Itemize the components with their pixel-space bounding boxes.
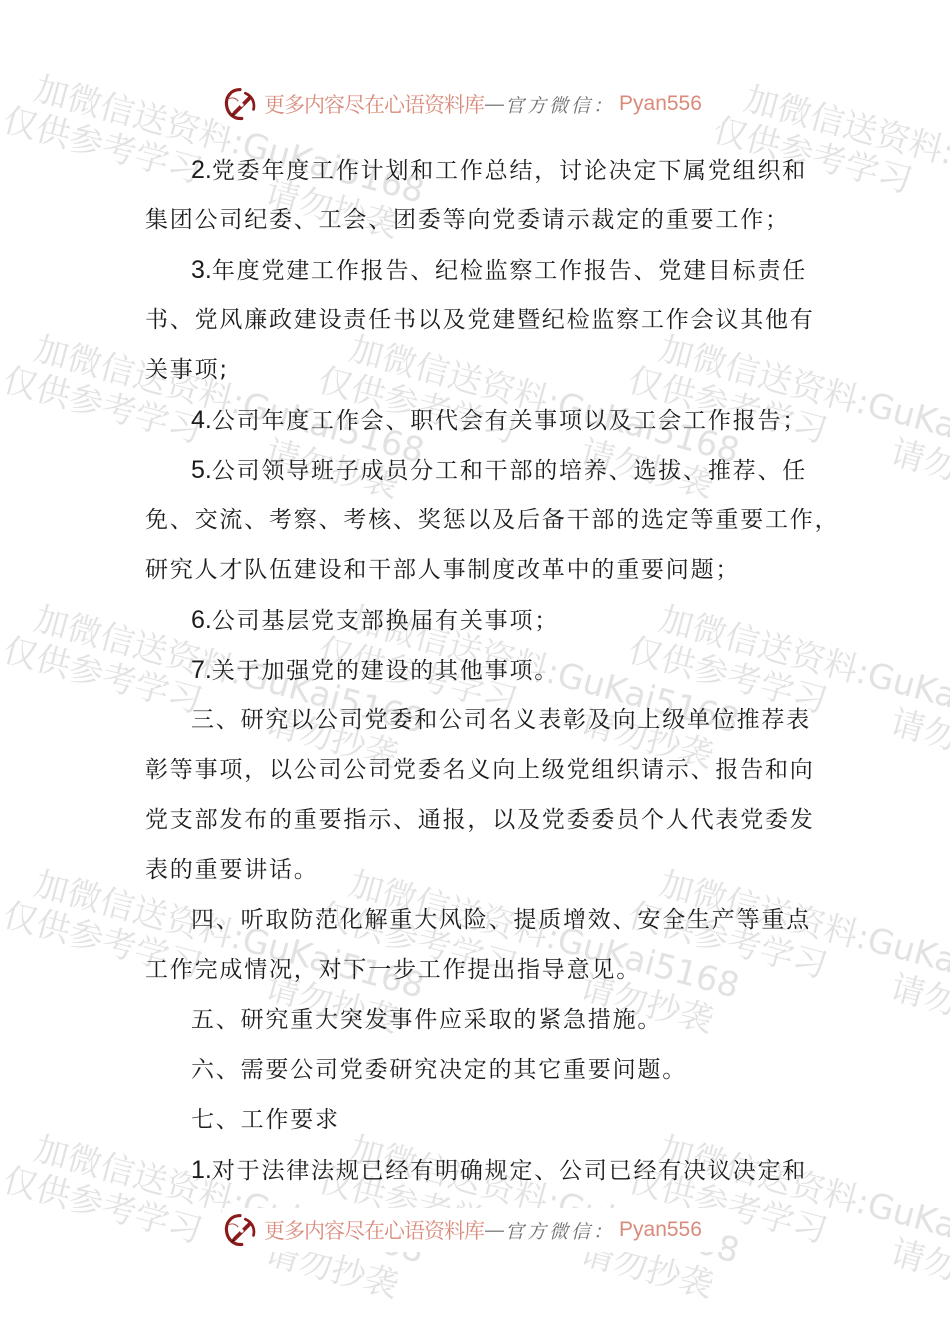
text-line: 四、听取防范化解重大风险、提质增效、安全生产等重点: [145, 898, 825, 948]
text-line: 4.公司年度工作会、职代会有关事项以及工会工作报告；: [145, 398, 825, 448]
document-page: 加微信送资料:GuKai5168仅供参考学习请勿抄袭 加微信送资料:GuKai5…: [0, 0, 950, 1344]
text-line: 7.关于加强党的建设的其他事项。: [145, 648, 825, 698]
banner-dash: —: [484, 92, 505, 116]
pen-nib-logo-icon: [222, 1212, 258, 1248]
footer-banner: 更多内容尽在心语资料库 — 官方微信： Pyan556: [222, 1208, 722, 1252]
section-heading: 七、工作要求: [145, 1098, 825, 1148]
text-line: 集团公司纪委、工会、团委等向党委请示裁定的重要工作；: [145, 198, 825, 248]
text-line: 6.公司基层党支部换届有关事项；: [145, 598, 825, 648]
banner-wechat-id: Pyan556: [619, 92, 702, 116]
banner-main-text: 更多内容尽在心语资料库: [264, 1215, 484, 1245]
text-line: 彰等事项，以公司公司党委名义向上级党组织请示、报告和向: [145, 748, 825, 798]
text-line: 5.公司领导班子成员分工和干部的培养、选拔、推荐、任: [145, 448, 825, 498]
pen-nib-logo-icon: [222, 86, 258, 122]
header-banner: 更多内容尽在心语资料库 — 官方微信： Pyan556: [222, 82, 722, 126]
banner-wechat-label: 官方微信：: [505, 91, 615, 118]
banner-wechat-id: Pyan556: [619, 1218, 702, 1242]
text-line: 五、研究重大突发事件应采取的紧急措施。: [145, 998, 825, 1048]
text-line: 党支部发布的重要指示、通报，以及党委委员个人代表党委发: [145, 798, 825, 848]
text-line: 3.年度党建工作报告、纪检监察工作报告、党建目标责任: [145, 248, 825, 298]
text-line: 免、交流、考察、考核、奖惩以及后备干部的选定等重要工作，: [145, 498, 825, 548]
text-line: 1.对于法律法规已经有明确规定、公司已经有决议决定和: [145, 1148, 825, 1198]
text-line: 研究人才队伍建设和干部人事制度改革中的重要问题；: [145, 548, 825, 598]
banner-main-text: 更多内容尽在心语资料库: [264, 89, 484, 119]
text-line: 工作完成情况，对下一步工作提出指导意见。: [145, 948, 825, 998]
text-line: 六、需要公司党委研究决定的其它重要问题。: [145, 1048, 825, 1098]
text-line: 三、研究以公司党委和公司名义表彰及向上级单位推荐表: [145, 698, 825, 748]
text-line: 书、党风廉政建设责任书以及党建暨纪检监察工作会议其他有: [145, 298, 825, 348]
banner-dash: —: [484, 1218, 505, 1242]
banner-wechat-label: 官方微信：: [505, 1217, 615, 1244]
text-line: 2.党委年度工作计划和工作总结，讨论决定下属党组织和: [145, 148, 825, 198]
document-body: 2.党委年度工作计划和工作总结，讨论决定下属党组织和 集团公司纪委、工会、团委等…: [145, 148, 825, 1198]
text-line: 关事项;: [145, 348, 825, 398]
text-line: 表的重要讲话。: [145, 848, 825, 898]
